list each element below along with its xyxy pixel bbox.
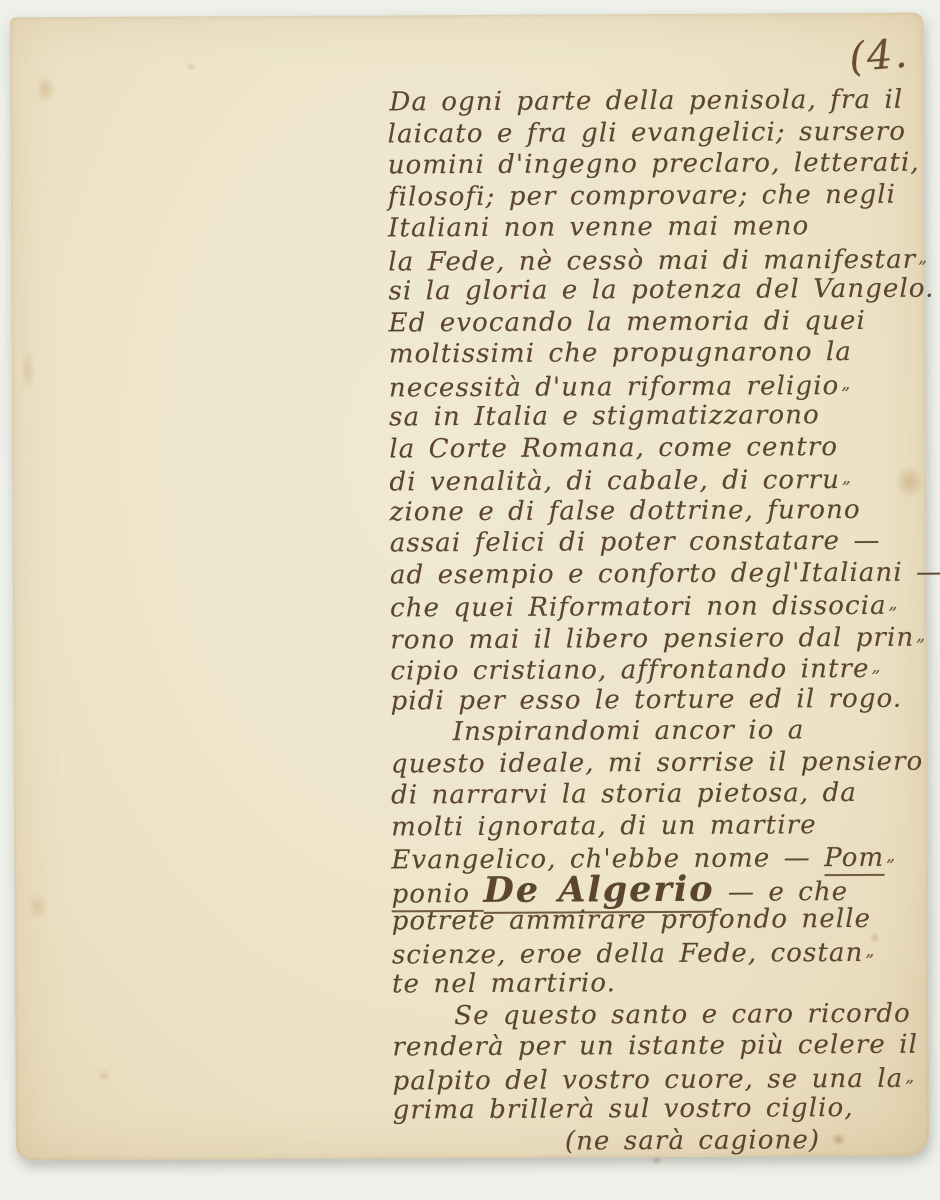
manuscript-line: Italiani non venne mai meno — [388, 211, 924, 245]
line-continuation-mark: „ — [905, 1066, 915, 1086]
line-continuation-mark: „ — [889, 594, 899, 614]
manuscript-line: si la gloria e la potenza del Vangelo. — [388, 274, 924, 308]
manuscript-line: potrete ammirare profondo nelle — [392, 904, 928, 938]
manuscript-page: (4. Da ogni parte della penisola, fra il… — [10, 13, 929, 1161]
manuscript-line: necessità d'una riforma religio„ — [389, 368, 925, 402]
page-number: (4. — [848, 31, 911, 81]
manuscript-line: (ne sarà cagione) — [393, 1124, 929, 1158]
manuscript-line: ponio De Algerio — e che — [392, 872, 928, 906]
handwritten-text: assai felici di poter constatare — — [390, 526, 881, 559]
line-continuation-mark: „ — [842, 468, 852, 488]
manuscript-line: moltissimi che propugnarono la — [389, 337, 925, 371]
manuscript-line: grima brillerà sul vostro ciglio, — [393, 1093, 929, 1127]
handwritten-text: Italiani non venne mai meno — [388, 211, 809, 243]
manuscript-line: molti ignorata, di un martire — [391, 809, 927, 843]
manuscript-line: laicato e fra gli evangelici; sursero — [388, 116, 924, 150]
handwritten-text: di venalità, di cabale, di corru — [389, 465, 840, 497]
paper-stain — [185, 61, 197, 71]
line-continuation-mark: „ — [865, 940, 875, 960]
manuscript-line: Da ogni parte della penisola, fra il — [387, 85, 923, 119]
manuscript-line: palpito del vostro cuore, se una la„ — [392, 1061, 928, 1095]
handwritten-text: si la gloria e la potenza del Vangelo. — [388, 274, 934, 307]
paper-stain — [35, 75, 55, 103]
manuscript-line: filosofi; per comprovare; che negli — [388, 179, 924, 213]
manuscript-line: ad esempio e conforto degl'Italiani — — [390, 557, 926, 591]
handwritten-text: Inspirandomi ancor io a — [453, 715, 805, 747]
manuscript-line: Se questo santo e caro ricordo — [392, 998, 928, 1032]
handwritten-text: Da ogni parte della penisola, fra il — [389, 85, 903, 118]
paper-stain — [27, 892, 49, 920]
handwritten-text: scienze, eroe della Fede, costan — [392, 937, 864, 969]
handwritten-text: rono mai il libero pensiero dal prin — [390, 622, 914, 655]
scan-background: (4. Da ogni parte della penisola, fra il… — [0, 0, 940, 1200]
paper-stain — [98, 1069, 111, 1082]
manuscript-line: assai felici di poter constatare — — [390, 526, 926, 560]
manuscript-text-block: Da ogni parte della penisola, fra illaic… — [387, 85, 929, 1159]
handwritten-text: ad esempio e conforto degl'Italiani — — [390, 557, 940, 590]
line-continuation-mark: „ — [841, 373, 851, 393]
manuscript-line: scienze, eroe della Fede, costan„ — [392, 935, 928, 969]
paper-stain — [651, 1156, 662, 1165]
handwritten-text: questo ideale, mi sorrise il pensiero — [391, 746, 924, 779]
handwritten-text: pidi per esso le torture ed il rogo. — [391, 683, 903, 716]
handwritten-text: necessità d'una riforma religio — [389, 371, 840, 403]
handwritten-text: potrete ammirare profondo nelle — [392, 904, 872, 937]
manuscript-line: zione e di false dottrine, furono — [390, 494, 926, 528]
handwritten-text: filosofi; per comprovare; che negli — [388, 179, 896, 212]
handwritten-text: renderà per un istante più celere il — [392, 1030, 918, 1063]
manuscript-line: sa in Italia e stigmatizzarono — [389, 400, 925, 434]
manuscript-line: Inspirandomi ancor io a — [391, 715, 927, 749]
manuscript-line: cipio cristiano, affrontando intre„ — [390, 652, 926, 686]
handwritten-text: Se questo santo e caro ricordo — [454, 998, 911, 1030]
manuscript-line: Ed evocando la memoria di quei — [389, 305, 925, 339]
handwritten-text: cipio cristiano, affrontando intre — [390, 654, 869, 687]
handwritten-text: laicato e fra gli evangelici; sursero — [388, 116, 907, 149]
manuscript-line: questo ideale, mi sorrise il pensiero — [391, 746, 927, 780]
manuscript-line: te nel martirio. — [392, 967, 928, 1001]
handwritten-text: la Corte Romana, come centro — [389, 432, 838, 464]
handwritten-text: moltissimi che propugnarono la — [389, 337, 852, 369]
handwritten-text: palpito del vostro cuore, se una la — [393, 1063, 904, 1096]
manuscript-line: pidi per esso le torture ed il rogo. — [391, 683, 927, 717]
handwritten-text: grima brillerà sul vostro ciglio, — [393, 1093, 854, 1125]
handwritten-text: che quei Riformatori non dissocia — [390, 591, 887, 624]
underlined-text: Pom — [824, 843, 884, 876]
line-continuation-mark: „ — [918, 247, 928, 267]
handwritten-text: — e che — [714, 877, 848, 908]
handwritten-text: te nel martirio. — [392, 968, 616, 999]
manuscript-line: che quei Riformatori non dissocia„ — [390, 589, 926, 623]
paper-stain — [20, 347, 36, 391]
manuscript-line: di venalità, di cabale, di corru„ — [389, 463, 925, 497]
handwritten-text: uomini d'ingegno preclaro, letterati, — [388, 148, 920, 181]
handwritten-text: molti ignorata, di un martire — [391, 810, 817, 842]
handwritten-text: di narrarvi la storia pietosa, da — [391, 778, 857, 810]
handwritten-text: (ne sarà cagione) — [565, 1125, 820, 1156]
handwritten-text: sa in Italia e stigmatizzarono — [389, 400, 820, 432]
line-continuation-mark: „ — [916, 625, 926, 645]
manuscript-line: renderà per un istante più celere il — [392, 1030, 928, 1064]
manuscript-line: la Corte Romana, come centro — [389, 431, 925, 465]
line-continuation-mark: „ — [872, 657, 882, 677]
line-continuation-mark: „ — [886, 846, 896, 866]
manuscript-line: di narrarvi la storia pietosa, da — [391, 778, 927, 812]
handwritten-text: la Fede, nè cessò mai di manifestar — [388, 244, 916, 277]
handwritten-text: Ed evocando la memoria di quei — [389, 305, 866, 337]
manuscript-line: la Fede, nè cessò mai di manifestar„ — [388, 242, 924, 276]
manuscript-line: rono mai il libero pensiero dal prin„ — [390, 620, 926, 654]
manuscript-line: uomini d'ingegno preclaro, letterati, — [388, 148, 924, 182]
handwritten-text: zione e di false dottrine, furono — [390, 494, 861, 526]
